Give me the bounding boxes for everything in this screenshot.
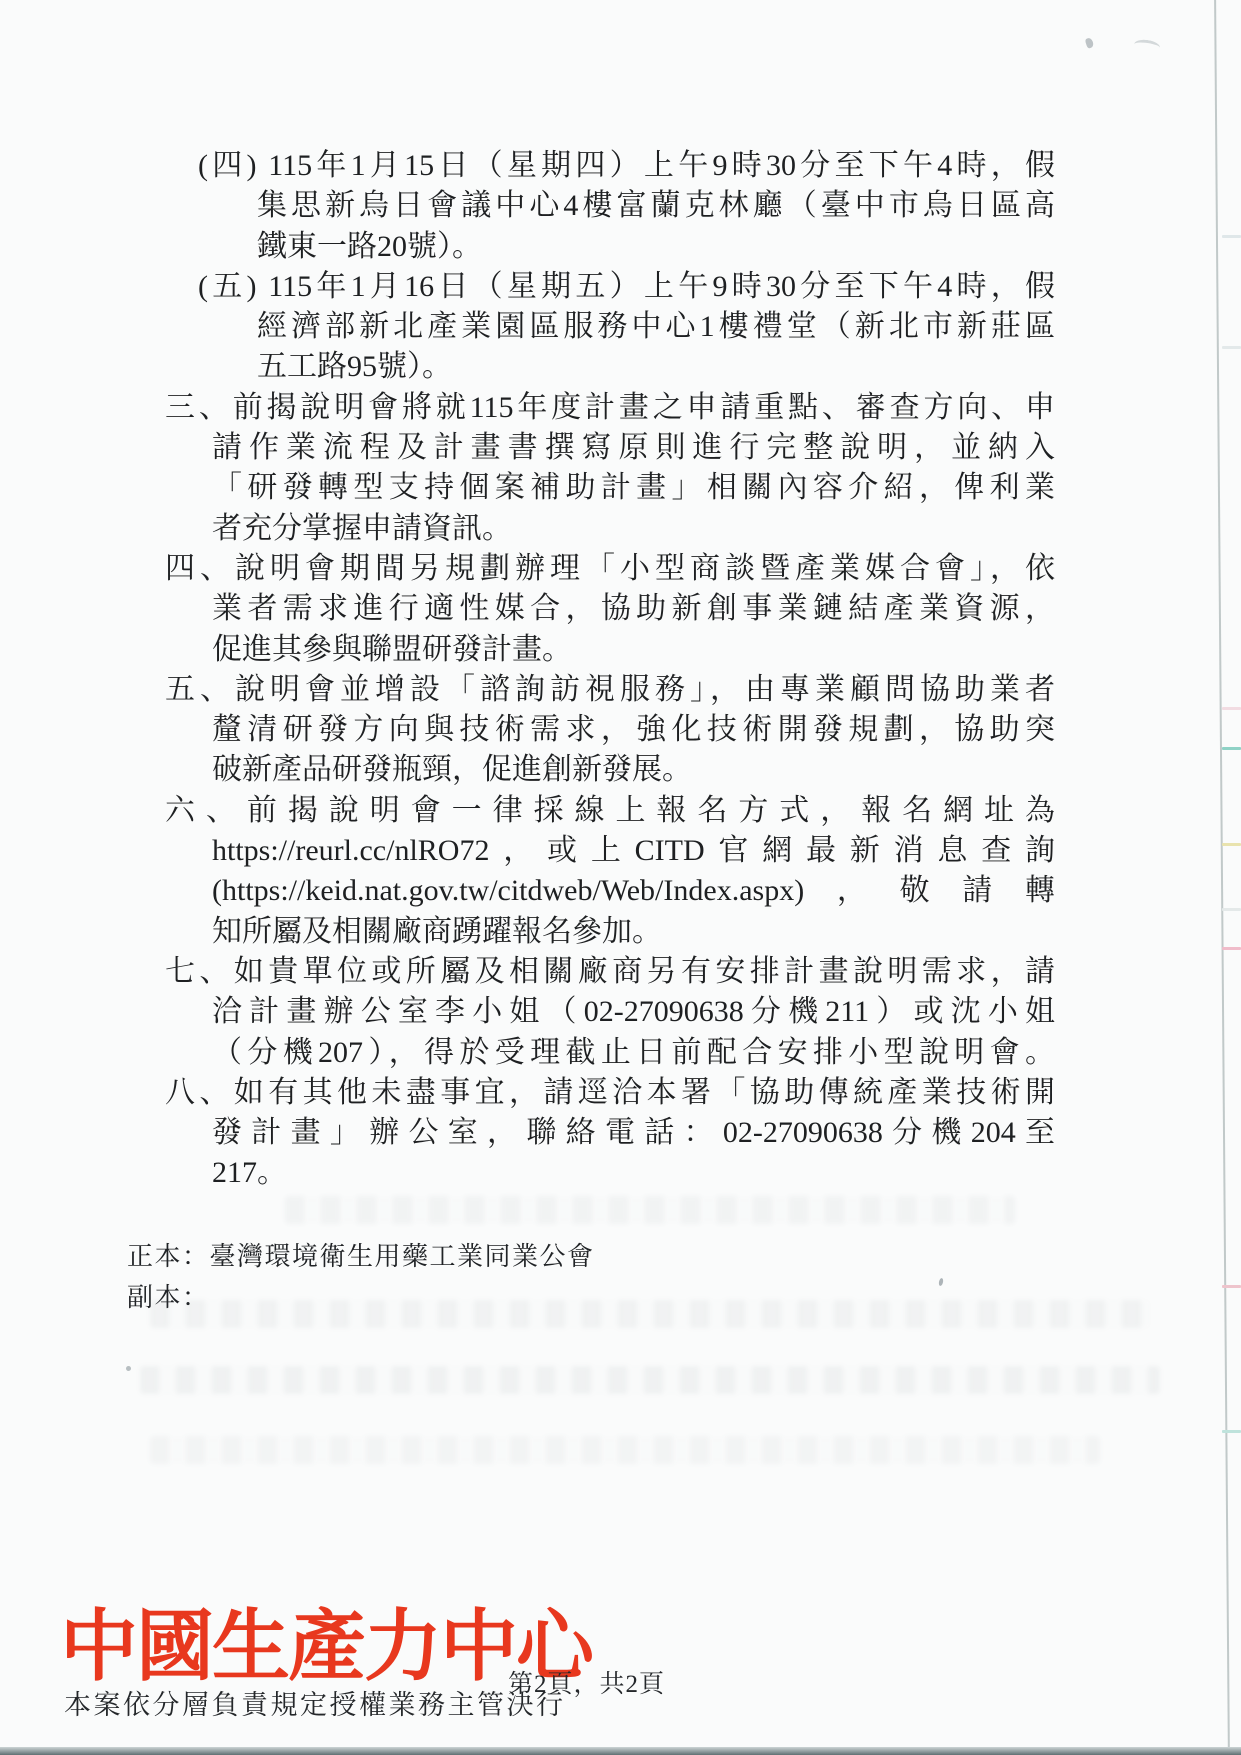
body-line: 集思新烏日會議中心4樓富蘭克林廳（臺中市烏日區高 — [198, 186, 1055, 226]
document-body: (四) 115年1月15日（星期四）上午9時30分至下午4時，假集思新烏日會議中… — [165, 146, 1055, 1194]
body-line: 五、說明會並增設「諮詢訪視服務」，由專業顧問協助業者 — [165, 670, 1055, 710]
scan-artifact-color-tick — [1222, 235, 1241, 238]
body-line: 四、說明會期間另規劃辦理「小型商談暨產業媒合會」，依 — [165, 549, 1055, 589]
scan-artifact-color-tick — [1222, 747, 1241, 750]
body-line: 破新產品研發瓶頸，促進創新發展。 — [165, 750, 1055, 790]
bleed-through-band — [285, 1196, 1015, 1224]
bleed-through-band — [150, 1300, 1150, 1328]
body-line: 「研發轉型支持個案補助計畫」相關內容介紹，俾利業 — [165, 468, 1055, 508]
scan-artifact-color-tick — [1222, 346, 1241, 349]
body-line: 五工路95號）。 — [198, 347, 1055, 387]
body-line: 釐清研發方向與技術需求，強化技術開發規劃，協助突 — [165, 710, 1055, 750]
body-line: 217。 — [165, 1153, 1055, 1193]
scan-artifact-color-tick — [1222, 947, 1241, 950]
original-label: 正本： — [127, 1242, 210, 1271]
body-line: 請作業流程及計畫書撰寫原則進行完整說明，並納入 — [165, 428, 1055, 468]
body-line: 三、前揭說明會將就115年度計畫之申請重點、審查方向、申 — [165, 388, 1055, 428]
body-line: 鐵東一路20號）。 — [198, 227, 1055, 267]
scan-bottom-edge — [0, 1747, 1241, 1755]
recipient-original-line: 正本：臺灣環境衛生用藥工業同業公會 — [127, 1236, 595, 1277]
scan-speck — [1085, 37, 1095, 49]
body-line: 六、前揭說明會一律採線上報名方式，報名網址為 — [165, 791, 1055, 831]
body-line: (https://keid.nat.gov.tw/citdweb/Web/Ind… — [165, 871, 1055, 911]
body-line: 促進其參與聯盟研發計畫。 — [165, 630, 1055, 670]
body-line: 業者需求進行適性媒合，協助新創事業鏈結產業資源， — [165, 589, 1055, 629]
scan-squiggle — [1133, 38, 1160, 54]
scan-speck — [126, 1366, 131, 1371]
original-value: 臺灣環境衛生用藥工業同業公會 — [210, 1242, 595, 1271]
scan-artifact-color-tick — [1222, 1285, 1241, 1288]
body-line: (四) 115年1月15日（星期四）上午9時30分至下午4時，假 — [198, 146, 1055, 186]
bleed-through-band — [140, 1366, 1160, 1394]
body-line: 者充分掌握申請資訊。 — [165, 509, 1055, 549]
delegation-note: 本案依分層負責規定授權業務主管決行 — [64, 1683, 566, 1722]
scan-artifact-color-tick — [1222, 908, 1241, 911]
body-line: 洽計畫辦公室李小姐（02-27090638分機211）或沈小姐 — [165, 992, 1055, 1032]
scan-artifact-color-tick — [1222, 1430, 1241, 1433]
scan-artifact-color-tick — [1222, 707, 1241, 710]
body-line: 知所屬及相關廠商踴躍報名參加。 — [165, 912, 1055, 952]
scan-artifact-color-tick — [1222, 843, 1241, 846]
bleed-through-band — [150, 1436, 1100, 1464]
scan-speck — [938, 1278, 944, 1287]
body-line: 八、如有其他未盡事宜，請逕洽本署「協助傳統產業技術開 — [165, 1073, 1055, 1113]
body-line: 七、如貴單位或所屬及相關廠商另有安排計畫說明需求，請 — [165, 952, 1055, 992]
scan-artifact-vertical-edge — [1214, 0, 1230, 1755]
body-line: (五) 115年1月16日（星期五）上午9時30分至下午4時，假 — [198, 267, 1055, 307]
body-line: 經濟部新北產業園區服務中心1樓禮堂（新北市新莊區 — [198, 307, 1055, 347]
body-line: （分機207），得於受理截止日前配合安排小型說明會。 — [165, 1033, 1055, 1073]
body-line: https://reurl.cc/nlRO72，或上CITD官網最新消息查詢 — [165, 831, 1055, 871]
body-line: 發計畫」辦公室，聯絡電話：02-27090638分機204至 — [165, 1113, 1055, 1153]
scanned-letter-page: (四) 115年1月15日（星期四）上午9時30分至下午4時，假集思新烏日會議中… — [0, 0, 1241, 1755]
